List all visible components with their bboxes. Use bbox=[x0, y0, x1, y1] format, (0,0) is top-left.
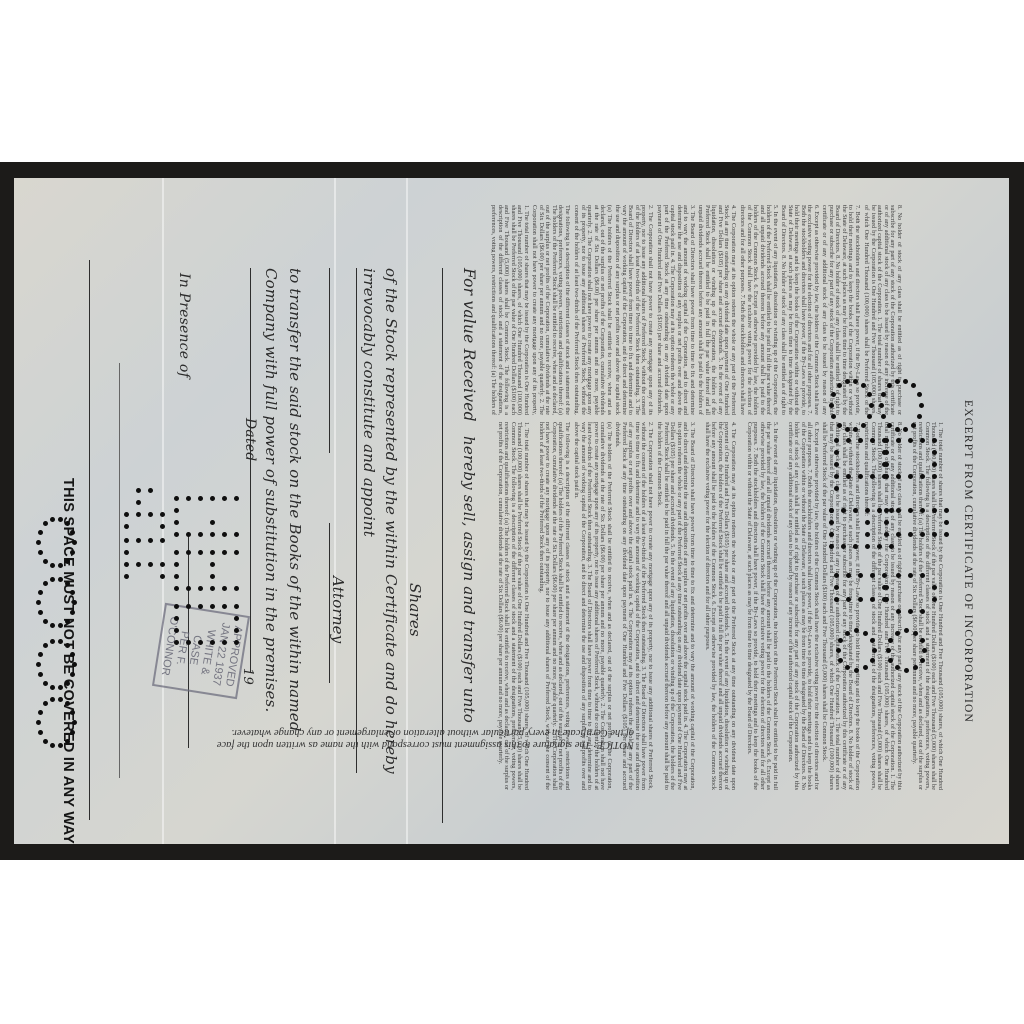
perforation-hole bbox=[38, 672, 43, 677]
excerpt-column: (a) The holders of the Preferred Stock s… bbox=[574, 205, 612, 415]
perforation-hole bbox=[136, 512, 141, 517]
perforation-hole bbox=[124, 524, 129, 529]
excerpt-column: 2. The Corporation shall not have power … bbox=[615, 205, 653, 415]
excerpt-column: 1. The total number of shares that may b… bbox=[491, 422, 529, 790]
perforation-hole bbox=[148, 562, 153, 567]
perforation-hole bbox=[846, 597, 851, 602]
perforation-hole bbox=[834, 438, 839, 443]
perforation-hole bbox=[124, 562, 129, 567]
perforation-hole bbox=[884, 520, 889, 525]
excerpt-paragraph: 4. The Corporation may at its option red… bbox=[698, 205, 736, 415]
perforation-hole bbox=[234, 616, 239, 621]
perforation-hole bbox=[174, 562, 179, 567]
perforation-hole bbox=[908, 532, 913, 537]
perforation-hole bbox=[896, 609, 901, 614]
perforation-hole bbox=[210, 496, 215, 501]
perforation-hole bbox=[877, 544, 882, 549]
perforation-hole bbox=[896, 508, 901, 513]
perforation-hole bbox=[920, 438, 925, 443]
perforation-hole bbox=[222, 550, 227, 555]
perforation-hole bbox=[234, 496, 239, 501]
attorney-label: Attorney bbox=[329, 576, 347, 643]
perforation-hole bbox=[944, 508, 949, 513]
perforation-hole bbox=[884, 462, 889, 467]
perforation-hole bbox=[234, 550, 239, 555]
assignment-line-4: irrevocably constitute and appoint bbox=[360, 268, 378, 537]
perforation-hole bbox=[867, 414, 872, 419]
perforation-hole bbox=[846, 573, 851, 578]
perforation-hole bbox=[829, 520, 834, 525]
perforation-hole bbox=[38, 710, 43, 715]
perforation-hole bbox=[38, 730, 43, 735]
perforation-hole bbox=[43, 581, 48, 586]
perforation-hole bbox=[879, 403, 884, 408]
perforation-hole bbox=[845, 379, 850, 384]
perforation-hole bbox=[834, 486, 839, 491]
perforation-hole bbox=[70, 530, 75, 535]
excerpt-column: The following is a description of the di… bbox=[532, 205, 570, 415]
perforation-hole bbox=[174, 532, 179, 537]
perforation-hole bbox=[884, 532, 889, 537]
perforation-hole bbox=[846, 438, 851, 443]
perforation-hole bbox=[222, 496, 227, 501]
perforation-hole bbox=[186, 586, 191, 591]
perforation-hole bbox=[210, 550, 215, 555]
perforation-hole bbox=[863, 631, 868, 636]
perforation-hole bbox=[38, 550, 43, 555]
perforation-hole bbox=[865, 520, 870, 525]
excerpt-paragraph: 3. The Board of Directors shall have pow… bbox=[657, 422, 695, 790]
perforation-hole bbox=[160, 574, 165, 579]
perforation-hole bbox=[903, 379, 908, 384]
excerpt-paragraph: (a) The holders of the Preferred Stock s… bbox=[574, 422, 612, 790]
excerpt-paragraph: 6. Except as otherwise provided by law, … bbox=[781, 205, 819, 415]
perforation-hole bbox=[887, 423, 892, 428]
assignment-line-6: Company with full power of substitution … bbox=[262, 268, 280, 712]
perforation-hole bbox=[65, 739, 70, 744]
perforation-hole bbox=[889, 544, 894, 549]
perforation-hole bbox=[58, 517, 63, 522]
excerpt-column: 1. The total number of shares that may b… bbox=[491, 205, 529, 415]
excerpt-column: (a) The holders of the Preferred Stock s… bbox=[574, 422, 612, 790]
perforation-hole bbox=[198, 496, 203, 501]
perforation-hole bbox=[872, 648, 877, 653]
perforation-hole bbox=[932, 438, 937, 443]
perforation-hole bbox=[920, 474, 925, 479]
excerpt-paragraph: 1. The total number of shares that may b… bbox=[496, 422, 529, 790]
rule-line bbox=[250, 268, 251, 673]
perforation-hole bbox=[186, 550, 191, 555]
perforation-hole bbox=[829, 544, 834, 549]
rule-line bbox=[329, 268, 330, 453]
excerpt-paragraph: 1. The total number of shares that may b… bbox=[910, 422, 943, 790]
perforation-hole bbox=[38, 590, 43, 595]
perforation-hole bbox=[72, 600, 77, 605]
excerpt-heading: EXCERPT FROM CERTIFICATE OF INCORPORATIO… bbox=[962, 400, 974, 723]
excerpt-paragraph: The following is a description of the di… bbox=[537, 422, 570, 790]
perforation-hole bbox=[50, 563, 55, 568]
perforation-hole bbox=[148, 488, 153, 493]
perforation-hole bbox=[234, 532, 239, 537]
perforation-hole bbox=[198, 604, 203, 609]
perforation-hole bbox=[932, 597, 937, 602]
perforation-hole bbox=[50, 743, 55, 748]
excerpt-paragraph: 3. The Board of Directors shall have pow… bbox=[657, 205, 695, 415]
perforation-hole bbox=[43, 701, 48, 706]
perforation-hole bbox=[43, 559, 48, 564]
perforation-hole bbox=[210, 574, 215, 579]
perforation-hole bbox=[841, 544, 846, 549]
perforation-hole bbox=[234, 586, 239, 591]
presence-label: In Presence of bbox=[176, 273, 192, 378]
perforation-hole bbox=[174, 574, 179, 579]
perforation-hole bbox=[877, 508, 882, 513]
perforation-hole bbox=[834, 573, 839, 578]
perforation-hole bbox=[36, 540, 41, 545]
excerpt-paragraph: 7. Both the stockholders and directors s… bbox=[822, 422, 860, 790]
excerpt-paragraph: The following is a description of the di… bbox=[532, 205, 570, 415]
perforation-hole bbox=[858, 573, 863, 578]
perforation-hole bbox=[853, 544, 858, 549]
perforation-hole bbox=[210, 604, 215, 609]
perforation-hole bbox=[920, 638, 925, 643]
perforation-hole bbox=[846, 474, 851, 479]
excerpt-column: 5. In the event of any liquidation, diss… bbox=[740, 422, 778, 790]
perforation-hole bbox=[854, 668, 859, 673]
perforation-hole bbox=[58, 697, 63, 702]
perforation-hole bbox=[65, 619, 70, 624]
perforation-hole bbox=[865, 532, 870, 537]
perforation-hole bbox=[896, 532, 901, 537]
perforation-hole bbox=[186, 640, 191, 645]
excerpt-paragraph: 4. The Corporation may at its option red… bbox=[703, 422, 736, 790]
excerpt-column: 2. The Corporation shall not have power … bbox=[615, 422, 653, 790]
perforation-hole bbox=[932, 508, 937, 513]
perforation-hole bbox=[65, 559, 70, 564]
perforation-hole bbox=[920, 508, 925, 513]
perforation-hole bbox=[920, 532, 925, 537]
perforation-hole bbox=[38, 530, 43, 535]
perforation-hole bbox=[174, 640, 179, 645]
perforation-hole bbox=[58, 577, 63, 582]
excerpt-paragraph: 5. In the event of any liquidation, diss… bbox=[740, 205, 778, 415]
perforation-hole bbox=[70, 652, 75, 657]
perforation-hole bbox=[904, 668, 909, 673]
perforation-hole bbox=[174, 586, 179, 591]
perforation-hole bbox=[210, 640, 215, 645]
perforation-hole bbox=[884, 508, 889, 513]
excerpt-column: The following is a description of the di… bbox=[532, 422, 570, 790]
perforation-hole bbox=[944, 532, 949, 537]
perforation-hole bbox=[834, 474, 839, 479]
perforation-hole bbox=[124, 574, 129, 579]
perforation-hole bbox=[896, 573, 901, 578]
perforation-hole bbox=[858, 474, 863, 479]
perforation-hole bbox=[870, 638, 875, 643]
perforation-hole bbox=[886, 648, 891, 653]
dated-label: Dated bbox=[242, 418, 258, 461]
perforation-hole bbox=[186, 532, 191, 537]
perforation-hole bbox=[43, 521, 48, 526]
perforation-hole bbox=[36, 720, 41, 725]
perforation-hole bbox=[70, 590, 75, 595]
perforation-hole bbox=[829, 403, 834, 408]
perforation-hole bbox=[198, 640, 203, 645]
perforation-hole bbox=[43, 619, 48, 624]
year-prefix: 19 bbox=[240, 668, 255, 685]
perforation-hole bbox=[889, 508, 894, 513]
perforation-hole bbox=[834, 462, 839, 467]
perforation-hole bbox=[831, 414, 836, 419]
assignment-line-1-tail: hereby sell, assign and transfer unto bbox=[460, 436, 478, 723]
perforation-hole bbox=[870, 573, 875, 578]
perforation-hole bbox=[160, 512, 165, 517]
excerpt-paragraph: (a) The holders of the Preferred Stock s… bbox=[574, 205, 612, 415]
perforation-hole bbox=[210, 532, 215, 537]
excerpt-column: 4. The Corporation may at its option red… bbox=[698, 205, 736, 415]
excerpt-column: 4. The Corporation may at its option red… bbox=[698, 422, 736, 790]
perforation-hole bbox=[148, 538, 153, 543]
assignment-line-5: to transfer the said stock on the Books … bbox=[286, 268, 304, 732]
perforation-hole bbox=[908, 609, 913, 614]
perforation-hole bbox=[917, 392, 922, 397]
perforation-hole bbox=[174, 508, 179, 513]
perforation-hole bbox=[72, 540, 77, 545]
perforation-hole bbox=[198, 586, 203, 591]
perforation-hole bbox=[845, 631, 850, 636]
perforation-hole bbox=[50, 577, 55, 582]
perforation-hole bbox=[72, 720, 77, 725]
perforation-hole bbox=[895, 631, 900, 636]
perforation-hole bbox=[884, 585, 889, 590]
perforation-hole bbox=[234, 628, 239, 633]
perforation-hole bbox=[932, 462, 937, 467]
perforation-hole bbox=[70, 710, 75, 715]
perforation-hole bbox=[50, 685, 55, 690]
perforation-hole bbox=[186, 496, 191, 501]
perforation-hole bbox=[38, 610, 43, 615]
perforation-hole bbox=[174, 604, 179, 609]
perforation-hole bbox=[870, 438, 875, 443]
perforation-hole bbox=[124, 512, 129, 517]
excerpt-column: 7. Both the stockholders and directors s… bbox=[822, 422, 860, 790]
perforation-hole bbox=[896, 474, 901, 479]
perforation-hole bbox=[884, 438, 889, 443]
perforation-hole bbox=[174, 550, 179, 555]
perforation-hole bbox=[858, 597, 863, 602]
perforation-hole bbox=[829, 532, 834, 537]
perforation-hole bbox=[210, 562, 215, 567]
perforation-hole bbox=[174, 520, 179, 525]
perforation-hole bbox=[932, 585, 937, 590]
excerpt-column: 5. In the event of any liquidation, diss… bbox=[740, 205, 778, 415]
perforation-hole bbox=[870, 658, 875, 663]
excerpt-paragraph: 2. The Corporation shall not have power … bbox=[615, 422, 653, 790]
perforation-hole bbox=[836, 648, 841, 653]
perforation-hole bbox=[222, 532, 227, 537]
perforation-hole bbox=[234, 604, 239, 609]
perforation-hole bbox=[841, 508, 846, 513]
perforation-hole bbox=[50, 517, 55, 522]
rule-line bbox=[119, 363, 120, 778]
perforation-hole bbox=[932, 474, 937, 479]
perforation-hole bbox=[853, 508, 858, 513]
excerpt-column: 3. The Board of Directors shall have pow… bbox=[657, 205, 695, 415]
excerpt-column: 6. Except as otherwise provided by law, … bbox=[781, 205, 819, 415]
perforation-hole bbox=[198, 532, 203, 537]
perforation-hole bbox=[908, 573, 913, 578]
excerpt-paragraph: 2. The Corporation shall not have power … bbox=[615, 205, 653, 415]
excerpt-paragraph: 1. The total number of shares that may b… bbox=[491, 205, 529, 415]
perforation-hole bbox=[136, 562, 141, 567]
perforation-hole bbox=[870, 474, 875, 479]
perforation-hole bbox=[932, 532, 937, 537]
perforation-hole bbox=[845, 427, 850, 432]
perforation-hole bbox=[882, 573, 887, 578]
assignment-line-3: of the Stock represented by the within C… bbox=[382, 268, 400, 774]
rule-line bbox=[89, 260, 90, 820]
perforation-hole bbox=[58, 639, 63, 644]
perforation-hole bbox=[210, 520, 215, 525]
certificate-back: THIS SPACE MUST NOT BE COVERED IN ANY WA… bbox=[14, 178, 1009, 844]
perforation-hole bbox=[895, 427, 900, 432]
perforation-hole bbox=[834, 597, 839, 602]
perforation-hole bbox=[944, 520, 949, 525]
perforation-hole bbox=[148, 512, 153, 517]
perforation-hole bbox=[829, 508, 834, 513]
perforation-hole bbox=[36, 662, 41, 667]
perforation-hole bbox=[222, 586, 227, 591]
perforation-hole bbox=[919, 403, 924, 408]
perforation-hole bbox=[870, 597, 875, 602]
perforation-hole bbox=[234, 640, 239, 645]
perforation-hole bbox=[869, 403, 874, 408]
perforation-hole bbox=[36, 600, 41, 605]
perforation-hole bbox=[858, 438, 863, 443]
perforation-hole bbox=[920, 573, 925, 578]
perforation-hole bbox=[43, 681, 48, 686]
perforation-hole bbox=[920, 658, 925, 663]
excerpt-paragraph: 6. Except as otherwise provided by law, … bbox=[786, 422, 819, 790]
perforation-hole bbox=[884, 450, 889, 455]
perforation-hole bbox=[865, 544, 870, 549]
excerpt-column: 3. The Board of Directors shall have pow… bbox=[657, 422, 695, 790]
perforation-hole bbox=[904, 628, 909, 633]
assignment-line-1: For value Received bbox=[460, 268, 478, 422]
perforation-hole bbox=[50, 697, 55, 702]
perforation-hole bbox=[884, 597, 889, 602]
perforation-hole bbox=[160, 562, 165, 567]
perforation-hole bbox=[43, 643, 48, 648]
perforation-hole bbox=[932, 450, 937, 455]
perforation-hole bbox=[174, 628, 179, 633]
perforation-hole bbox=[43, 739, 48, 744]
perforation-hole bbox=[174, 496, 179, 501]
perforation-hole bbox=[222, 640, 227, 645]
rule-line bbox=[356, 268, 357, 773]
perforation-hole bbox=[908, 474, 913, 479]
perforation-hole bbox=[834, 450, 839, 455]
perforation-hole bbox=[160, 524, 165, 529]
perforation-hole bbox=[908, 508, 913, 513]
perforation-hole bbox=[160, 538, 165, 543]
perforation-hole bbox=[210, 586, 215, 591]
shares-label: Shares bbox=[406, 583, 424, 637]
perforation-hole bbox=[908, 438, 913, 443]
perforation-hole bbox=[50, 639, 55, 644]
perforation-hole bbox=[917, 414, 922, 419]
perforation-hole bbox=[50, 623, 55, 628]
perforation-hole bbox=[198, 550, 203, 555]
perforation-hole bbox=[837, 423, 842, 428]
perforation-hole bbox=[222, 604, 227, 609]
excerpt-column: 6. Except as otherwise provided by law, … bbox=[781, 422, 819, 790]
perforation-hole bbox=[895, 379, 900, 384]
perforation-hole bbox=[920, 609, 925, 614]
perforation-hole bbox=[881, 414, 886, 419]
perforation-hole bbox=[854, 628, 859, 633]
perforation-hole bbox=[38, 652, 43, 657]
excerpt-paragraph: 5. In the event of any liquidation, diss… bbox=[745, 422, 778, 790]
perforation-hole bbox=[72, 662, 77, 667]
perforation-hole bbox=[124, 538, 129, 543]
perforation-hole bbox=[136, 500, 141, 505]
perforation-hole bbox=[65, 681, 70, 686]
perforation-hole bbox=[884, 474, 889, 479]
perforation-hole bbox=[834, 585, 839, 590]
perforation-hole bbox=[913, 631, 918, 636]
perforation-hole bbox=[124, 550, 129, 555]
perforation-hole bbox=[896, 438, 901, 443]
perforation-hole bbox=[922, 648, 927, 653]
perforation-hole bbox=[136, 488, 141, 493]
perforation-hole bbox=[911, 383, 916, 388]
perforation-hole bbox=[865, 508, 870, 513]
perforation-hole bbox=[186, 604, 191, 609]
perforation-hole bbox=[174, 616, 179, 621]
perforation-hole bbox=[136, 538, 141, 543]
